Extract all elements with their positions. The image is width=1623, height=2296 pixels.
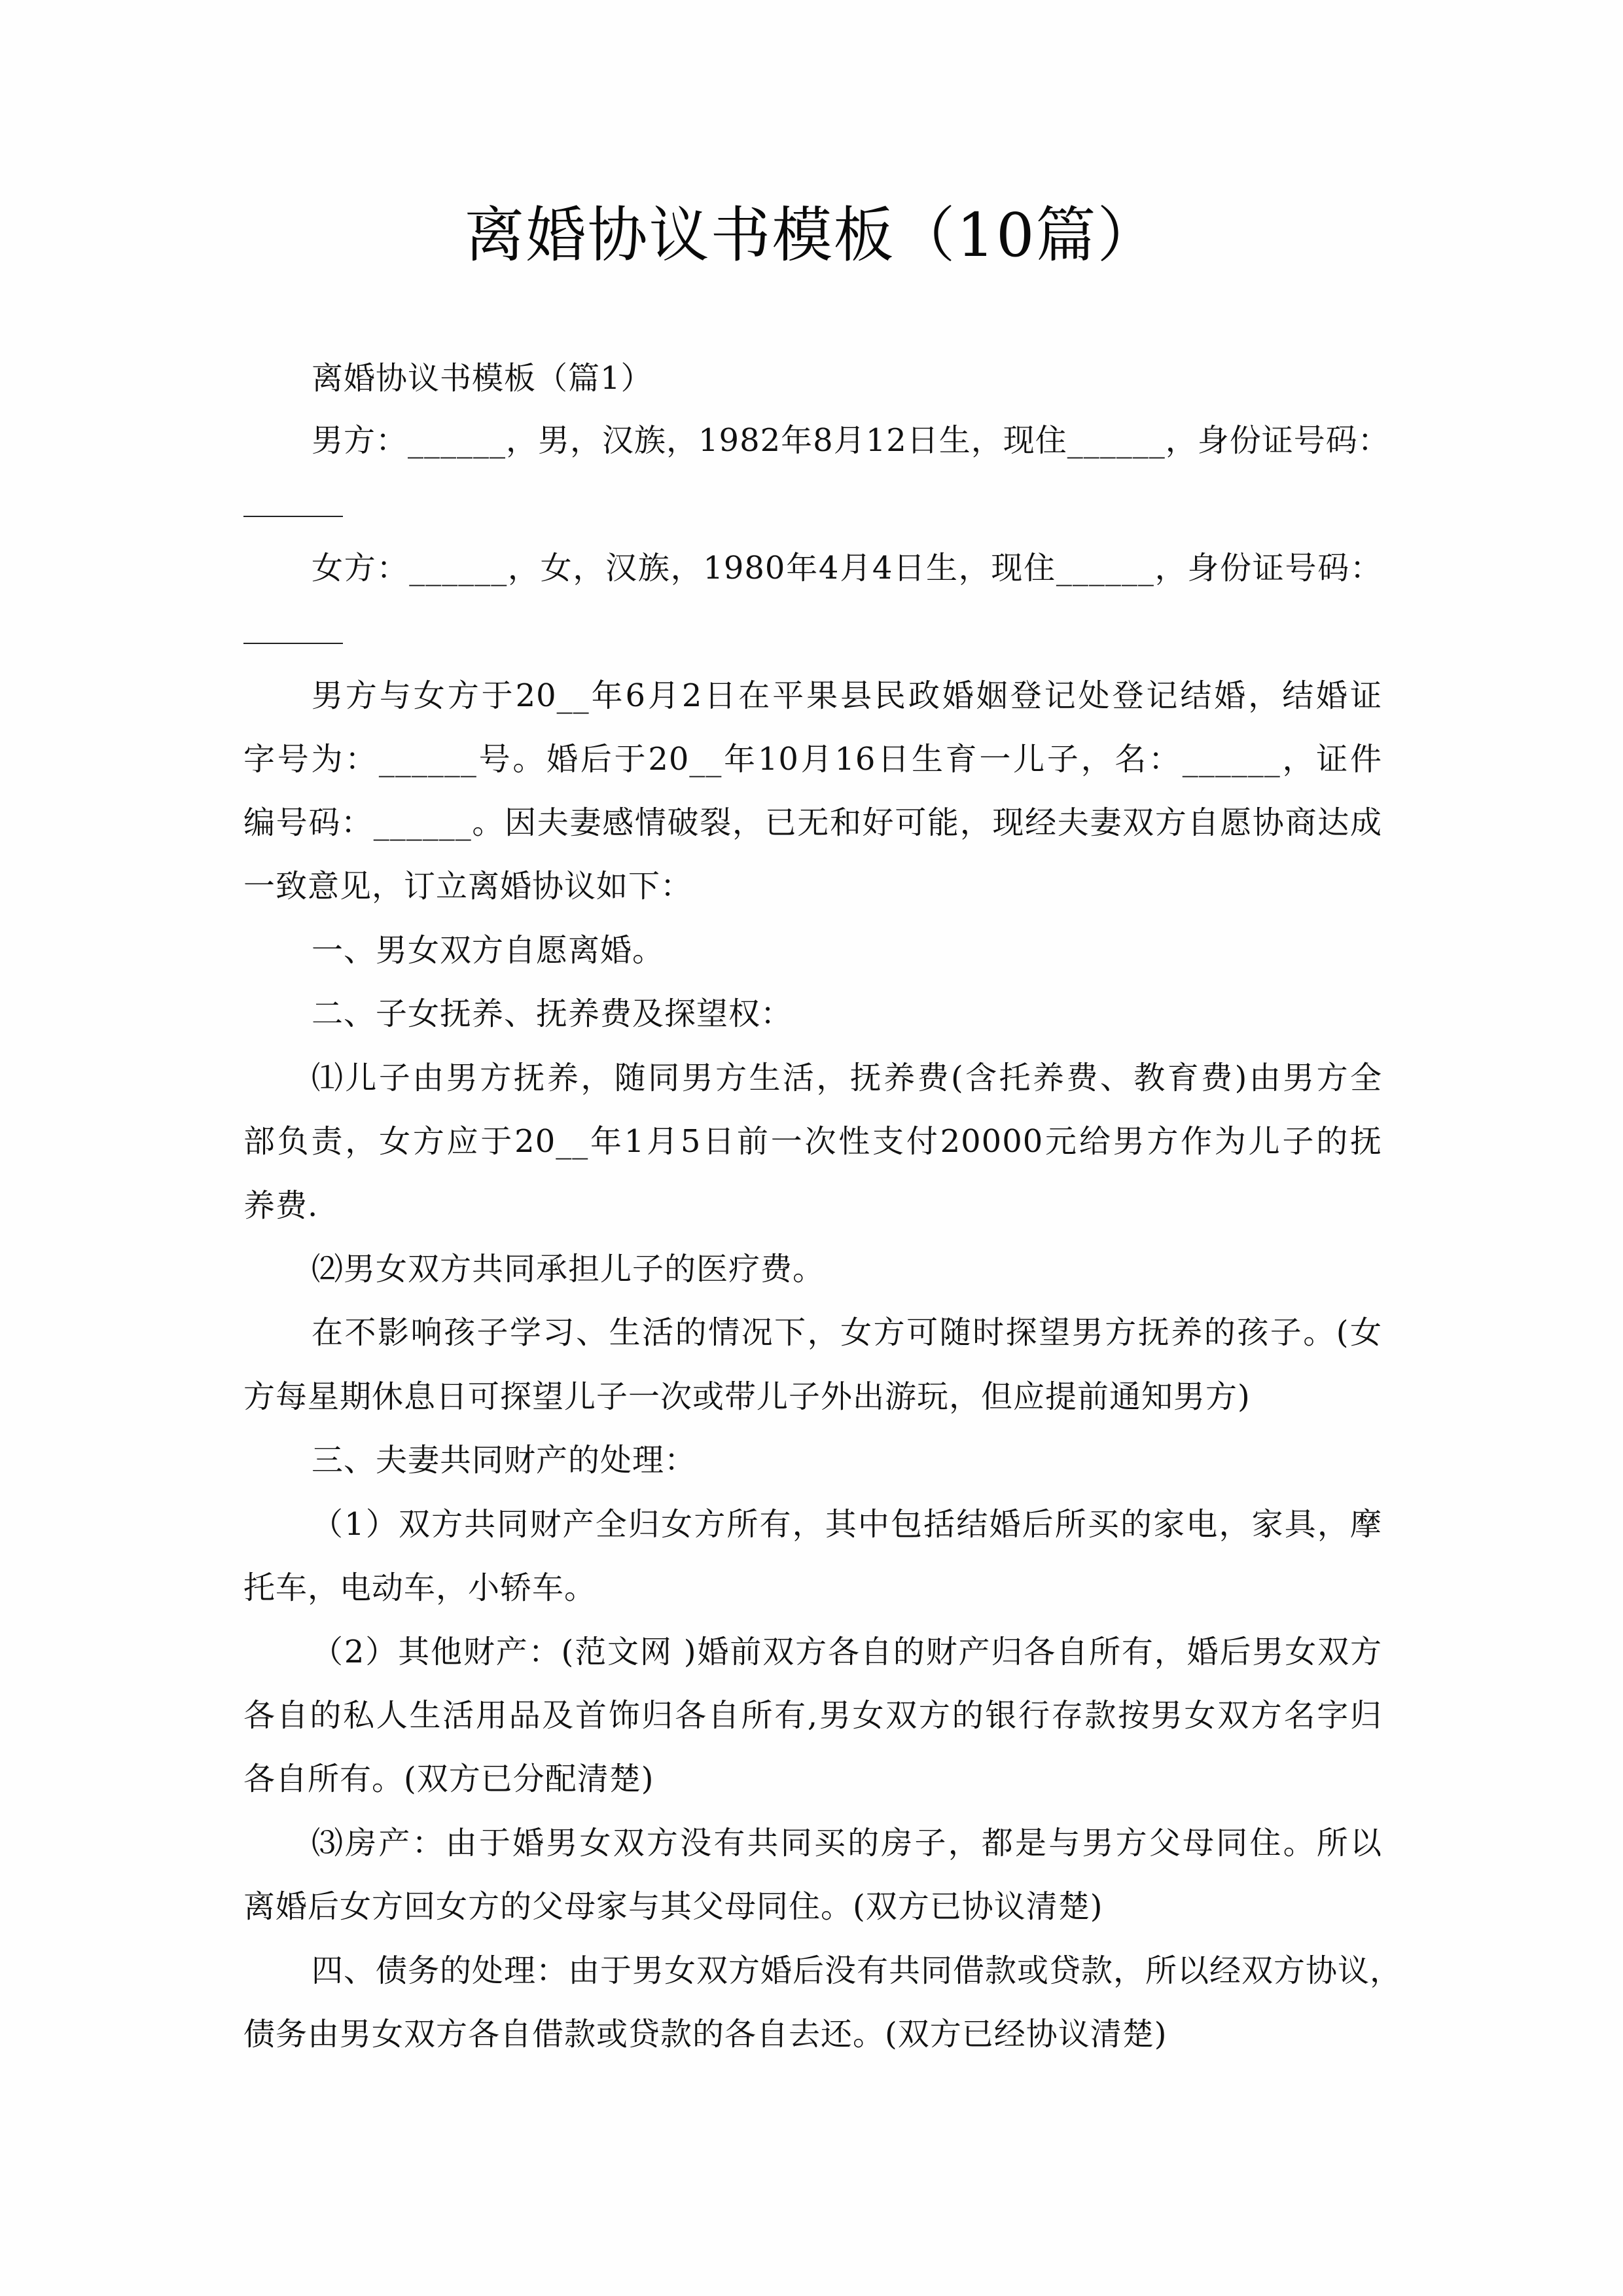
paragraph-line: 部负责，女方应于20__年1月5日前一次性支付20000元给男方作为儿子的抚	[243, 1121, 1382, 1162]
paragraph-line: 在不影响孩子学习、生活的情况下，女方可随时探望男方抚养的孩子。(女	[312, 1312, 1382, 1354]
paragraph-line: ⑴儿子由男方抚养，随同男方生活，抚养费(含托养费、教育费)由男方全	[312, 1057, 1382, 1099]
paragraph-line: 三、夫妻共同财产的处理：	[312, 1439, 1382, 1481]
paragraph-line: 债务由男女双方各自借款或贷款的各自去还。(双方已经协议清楚)	[243, 2013, 1382, 2055]
section-title: 离婚协议书模板（篇1）	[312, 357, 1382, 399]
paragraph-line: 方每星期休息日可探望儿子一次或带儿子外出游玩，但应提前通知男方)	[243, 1376, 1382, 1418]
paragraph-line: 养费.	[243, 1185, 1382, 1227]
paragraph-line: 女方：______，女，汉族，1980年4月4日生，现住______，身份证号码…	[312, 547, 1382, 589]
paragraph-line: 二、子女抚养、抚养费及探望权：	[312, 993, 1382, 1035]
document-page: 离婚协议书模板（10篇） 离婚协议书模板（篇1） 男方：______，男，汉族，…	[0, 0, 1623, 2296]
paragraph-line: 四、债务的处理：由于男女双方婚后没有共同借款或贷款，所以经双方协议，	[312, 1950, 1382, 1992]
paragraph-line: ⑵男女双方共同承担儿子的医疗费。	[312, 1248, 1382, 1290]
paragraph-line: 离婚后女方回女方的父母家与其父母同住。(双方已协议清楚)	[243, 1886, 1382, 1928]
paragraph-line: 字号为：______号。婚后于20__年10月16日生育一儿子，名：______…	[243, 738, 1382, 780]
paragraph-line: 男方与女方于20__年6月2日在平果县民政婚姻登记处登记结婚，结婚证	[312, 675, 1382, 717]
paragraph-line: 编号码：______。因夫妻感情破裂，已无和好可能，现经夫妻双方自愿协商达成	[243, 802, 1382, 844]
blank-underline	[243, 516, 343, 517]
paragraph-line: 一、男女双方自愿离婚。	[312, 929, 1382, 971]
blank-underline	[243, 643, 343, 644]
paragraph-line: 男方：______，男，汉族，1982年8月12日生，现住______，身份证号…	[312, 420, 1382, 461]
paragraph-line: （2）其他财产：(范文网 )婚前双方各自的财产归各自所有，婚后男女双方	[312, 1631, 1382, 1673]
paragraph-line: ⑶房产：由于婚男女双方没有共同买的房子，都是与男方父母同住。所以	[312, 1822, 1382, 1864]
paragraph-line: 各自所有。(双方已分配清楚)	[243, 1758, 1382, 1800]
document-title: 离婚协议书模板（10篇）	[0, 196, 1623, 275]
paragraph-line: 一致意见，订立离婚协议如下：	[243, 865, 1382, 907]
paragraph-line: 各自的私人生活用品及首饰归各自所有,男女双方的银行存款按男女双方名字归	[243, 1695, 1382, 1736]
paragraph-line: 托车，电动车，小轿车。	[243, 1567, 1382, 1609]
paragraph-line: （1）双方共同财产全归女方所有，其中包括结婚后所买的家电，家具，摩	[312, 1503, 1382, 1545]
